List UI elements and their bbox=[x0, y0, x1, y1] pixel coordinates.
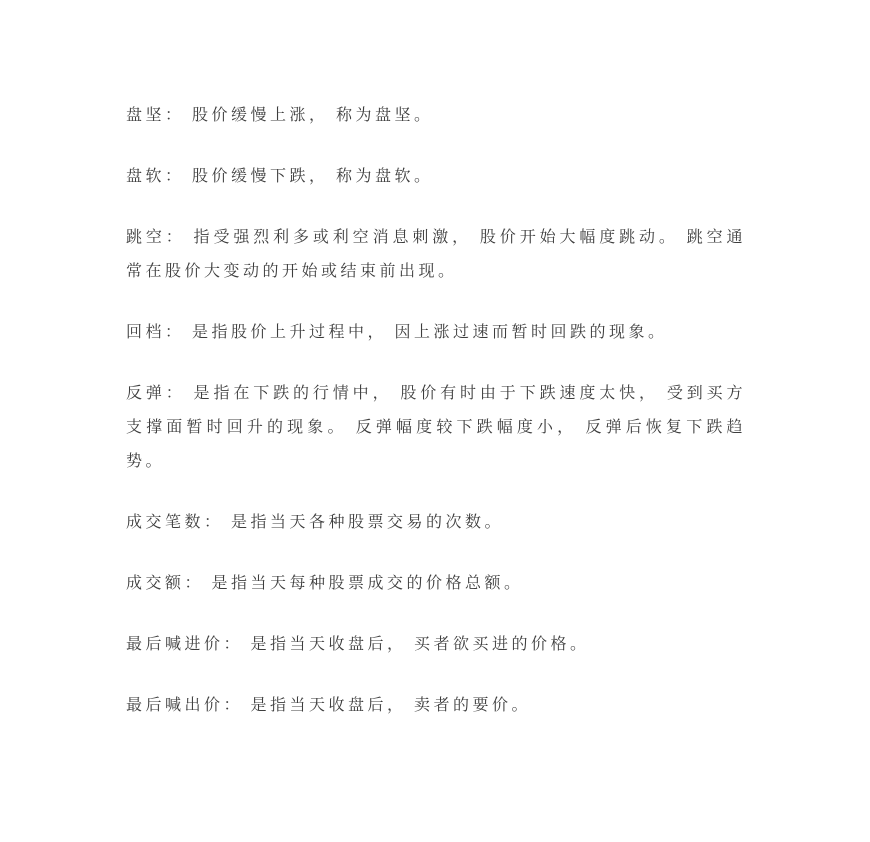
paragraph-cheng-jiao-e-definition: 成交额： 是指当天每种股票成交的价格总额。 bbox=[126, 567, 746, 601]
paragraph-hui-dang-definition: 回档： 是指股价上升过程中， 因上涨过速而暂时回跌的现象。 bbox=[126, 316, 746, 350]
paragraph-zui-hou-han-chu-jia-definition: 最后喊出价： 是指当天收盘后， 卖者的要价。 bbox=[126, 689, 746, 723]
paragraph-zui-hou-han-jin-jia-definition: 最后喊进价： 是指当天收盘后， 买者欲买进的价格。 bbox=[126, 628, 746, 662]
paragraph-cheng-jiao-bi-shu-definition: 成交笔数： 是指当天各种股票交易的次数。 bbox=[126, 506, 746, 540]
paragraph-pan-ruan-definition: 盘软： 股价缓慢下跌， 称为盘软。 bbox=[126, 160, 746, 194]
paragraph-pan-jian-definition: 盘坚： 股价缓慢上涨， 称为盘坚。 bbox=[126, 99, 746, 133]
paragraph-fan-tan-definition: 反弹： 是指在下跌的行情中， 股价有时由于下跌速度太快， 受到买方支撑面暂时回升… bbox=[126, 377, 746, 479]
paragraph-tiao-kong-definition: 跳空： 指受强烈利多或利空消息刺激， 股价开始大幅度跳动。 跳空通常在股价大变动… bbox=[126, 221, 746, 289]
document-page: 盘坚： 股价缓慢上涨， 称为盘坚。 盘软： 股价缓慢下跌， 称为盘软。 跳空： … bbox=[0, 0, 870, 842]
